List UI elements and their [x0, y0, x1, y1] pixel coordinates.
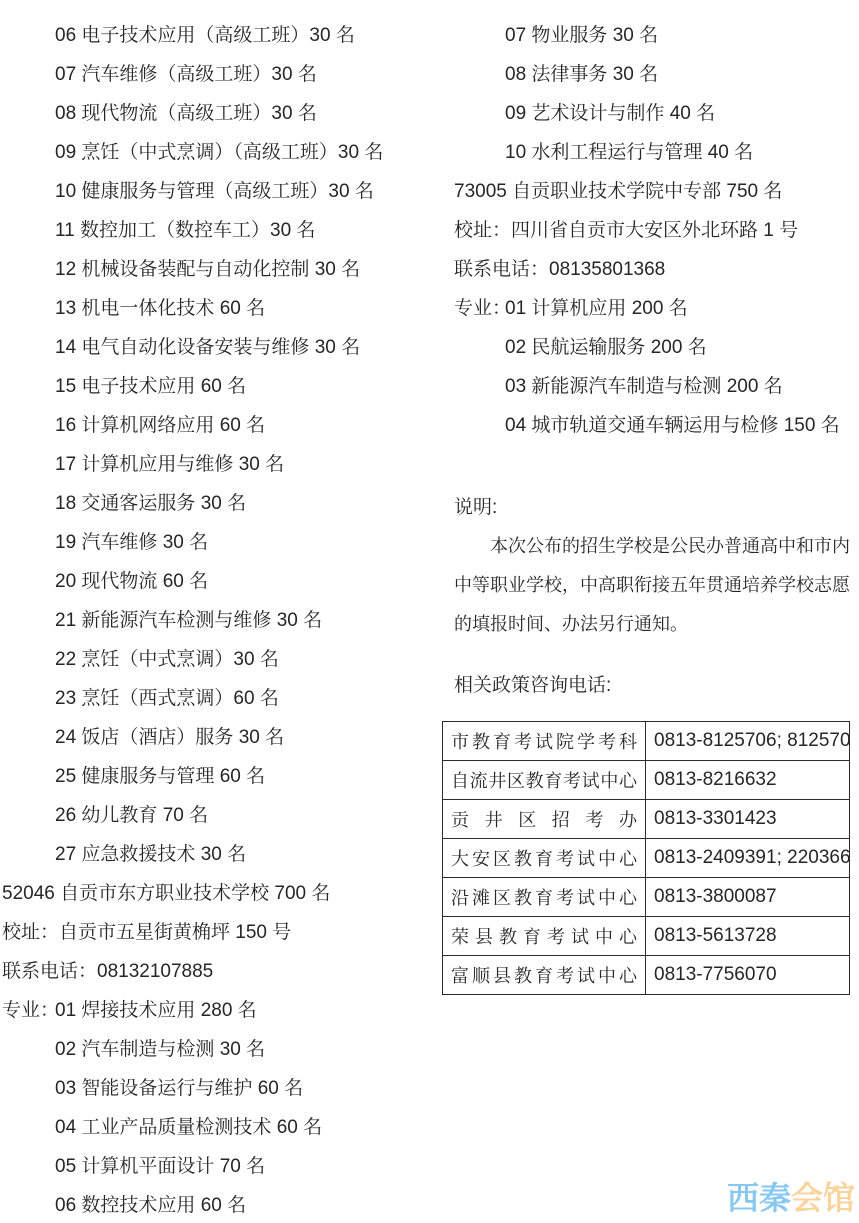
- right-program-list: 07 物业服务 30 名 08 法律事务 30 名 09 艺术设计与制作 40 …: [454, 16, 859, 172]
- hotline-phone-cell: 0813-8216632: [646, 761, 850, 800]
- program-item: 21 新能源汽车检测与维修 30 名: [2, 601, 447, 640]
- watermark-part2: 会馆: [791, 1180, 855, 1216]
- right-majors-list: 02 民航运输服务 200 名 03 新能源汽车制造与检测 200 名 04 城…: [454, 328, 859, 445]
- watermark: 西秦会馆: [727, 1181, 855, 1215]
- major-item: 04 城市轨道交通车辆运用与检修 150 名: [454, 406, 859, 445]
- major-item: 02 民航运输服务 200 名: [454, 328, 859, 367]
- hotline-phone-cell: 0813-3800087: [646, 878, 850, 917]
- program-item: 27 应急救援技术 30 名: [2, 835, 447, 874]
- left-majors-list: 02 汽车制造与检测 30 名 03 智能设备运行与维护 60 名 04 工业产…: [2, 1030, 447, 1223]
- program-item: 07 物业服务 30 名: [454, 16, 859, 55]
- school-address: 校址：自贡市五星街黄桷坪 150 号: [2, 913, 447, 952]
- hotline-row: 自流井区教育考试中心 0813-8216632: [443, 761, 850, 800]
- hotline-phone-cell: 0813-2409391; 2203661: [646, 839, 850, 878]
- hotline-office-cell: 大安区教育考试中心: [443, 839, 646, 878]
- program-item: 22 烹饪（中式烹调）30 名: [2, 640, 447, 679]
- major-item: 01 计算机应用 200 名: [505, 298, 688, 319]
- program-item: 17 计算机应用与维修 30 名: [2, 445, 447, 484]
- program-item: 13 机电一体化技术 60 名: [2, 289, 447, 328]
- school-phone: 联系电话：08132107885: [2, 952, 447, 991]
- majors-first-line: 专业：01 计算机应用 200 名: [454, 289, 859, 328]
- school-address: 校址：四川省自贡市大安区外北环路 1 号: [454, 211, 859, 250]
- hotline-phone-cell: 0813-3301423: [646, 800, 850, 839]
- hotline-office-cell: 自流井区教育考试中心: [443, 761, 646, 800]
- hotline-row: 富顺县教育考试中心 0813-7756070: [443, 956, 850, 995]
- hotline-office-cell: 市教育考试院学考科: [443, 722, 646, 761]
- hotline-phone-cell: 0813-5613728: [646, 917, 850, 956]
- notes-title: 说明:: [454, 488, 859, 527]
- hotline-phone-cell: 0813-7756070: [646, 956, 850, 995]
- major-item: 02 汽车制造与检测 30 名: [2, 1030, 447, 1069]
- left-column: 06 电子技术应用（高级工班）30 名 07 汽车维修（高级工班）30 名 08…: [2, 0, 447, 1223]
- school-phone: 联系电话：08135801368: [454, 250, 859, 289]
- hotline-phone-cell: 0813-8125706; 8125707: [646, 722, 850, 761]
- major-item: 01 焊接技术应用 280 名: [55, 1000, 257, 1021]
- watermark-part1: 西秦: [727, 1180, 791, 1216]
- school-header: 73005 自贡职业技术学院中专部 750 名: [454, 172, 859, 211]
- program-item: 18 交通客运服务 30 名: [2, 484, 447, 523]
- program-item: 15 电子技术应用 60 名: [2, 367, 447, 406]
- program-item: 06 电子技术应用（高级工班）30 名: [2, 16, 447, 55]
- hotline-table: 市教育考试院学考科 0813-8125706; 8125707 自流井区教育考试…: [442, 721, 850, 995]
- program-item: 08 法律事务 30 名: [454, 55, 859, 94]
- notes-body: 本次公布的招生学校是公民办普通高中和市内中等职业学校，中高职衔接五年贯通培养学校…: [454, 527, 854, 644]
- hotline-office-cell: 沿滩区教育考试中心: [443, 878, 646, 917]
- right-column: 07 物业服务 30 名 08 法律事务 30 名 09 艺术设计与制作 40 …: [454, 0, 859, 995]
- program-item: 26 幼儿教育 70 名: [2, 796, 447, 835]
- majors-label: 专业：: [2, 991, 55, 1030]
- right-school-block: 73005 自贡职业技术学院中专部 750 名 校址：四川省自贡市大安区外北环路…: [454, 172, 859, 445]
- program-item: 09 艺术设计与制作 40 名: [454, 94, 859, 133]
- program-item: 10 水利工程运行与管理 40 名: [454, 133, 859, 172]
- program-item: 20 现代物流 60 名: [2, 562, 447, 601]
- program-item: 07 汽车维修（高级工班）30 名: [2, 55, 447, 94]
- program-item: 10 健康服务与管理（高级工班）30 名: [2, 172, 447, 211]
- major-item: 06 数控技术应用 60 名: [2, 1186, 447, 1223]
- program-item: 24 饭店（酒店）服务 30 名: [2, 718, 447, 757]
- program-item: 25 健康服务与管理 60 名: [2, 757, 447, 796]
- program-item: 14 电气自动化设备安装与维修 30 名: [2, 328, 447, 367]
- program-item: 19 汽车维修 30 名: [2, 523, 447, 562]
- major-item: 03 智能设备运行与维护 60 名: [2, 1069, 447, 1108]
- hotline-office-cell: 富顺县教育考试中心: [443, 956, 646, 995]
- hotline-table-body: 市教育考试院学考科 0813-8125706; 8125707 自流井区教育考试…: [443, 722, 850, 995]
- left-school-block: 52046 自贡市东方职业技术学校 700 名 校址：自贡市五星街黄桷坪 150…: [2, 874, 447, 1223]
- left-program-list: 06 电子技术应用（高级工班）30 名 07 汽车维修（高级工班）30 名 08…: [2, 16, 447, 874]
- major-item: 04 工业产品质量检测技术 60 名: [2, 1108, 447, 1147]
- document-page: 06 电子技术应用（高级工班）30 名 07 汽车维修（高级工班）30 名 08…: [0, 0, 859, 1223]
- hotline-office-cell: 荣县教育考试中心: [443, 917, 646, 956]
- program-item: 23 烹饪（西式烹调）60 名: [2, 679, 447, 718]
- major-item: 05 计算机平面设计 70 名: [2, 1147, 447, 1186]
- program-item: 12 机械设备装配与自动化控制 30 名: [2, 250, 447, 289]
- school-header: 52046 自贡市东方职业技术学校 700 名: [2, 874, 447, 913]
- program-item: 08 现代物流（高级工班）30 名: [2, 94, 447, 133]
- hotline-row: 大安区教育考试中心 0813-2409391; 2203661: [443, 839, 850, 878]
- program-item: 11 数控加工（数控车工）30 名: [2, 211, 447, 250]
- program-item: 16 计算机网络应用 60 名: [2, 406, 447, 445]
- program-item: 09 烹饪（中式烹调）（高级工班）30 名: [2, 133, 447, 172]
- major-item: 03 新能源汽车制造与检测 200 名: [454, 367, 859, 406]
- hotline-title: 相关政策咨询电话:: [454, 666, 859, 705]
- hotline-office-cell: 贡井区招考办: [443, 800, 646, 839]
- majors-label: 专业：: [454, 289, 505, 328]
- majors-first-line: 专业：01 焊接技术应用 280 名: [2, 991, 447, 1030]
- hotline-row: 沿滩区教育考试中心 0813-3800087: [443, 878, 850, 917]
- hotline-row: 荣县教育考试中心 0813-5613728: [443, 917, 850, 956]
- hotline-row: 市教育考试院学考科 0813-8125706; 8125707: [443, 722, 850, 761]
- hotline-row: 贡井区招考办 0813-3301423: [443, 800, 850, 839]
